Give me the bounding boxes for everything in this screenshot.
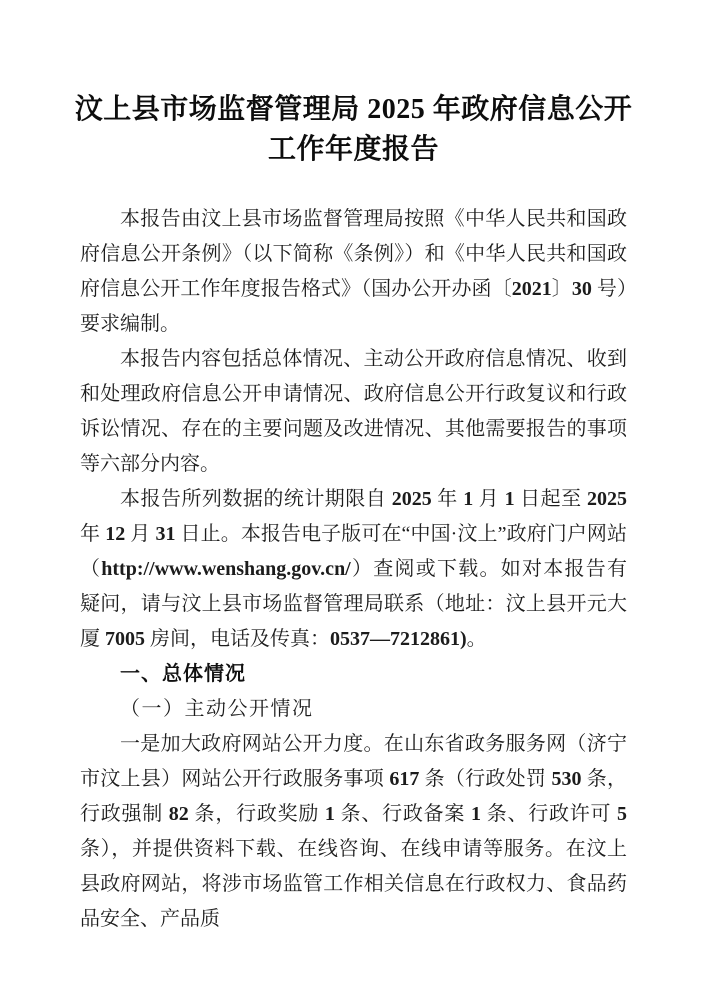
- document-title: 汶上县市场监督管理局 2025 年政府信息公开 工作年度报告: [0, 0, 707, 170]
- heading1: 一、总体情况: [80, 657, 627, 692]
- paragraph: 本报告内容包括总体情况、主动公开政府信息情况、收到和处理政府信息公开申请情况、政…: [80, 342, 627, 482]
- paragraph: 一是加大政府网站公开力度。在山东省政务服务网（济宁市汶上县）网站公开行政服务事项…: [80, 727, 627, 937]
- document-page: 汶上县市场监督管理局 2025 年政府信息公开 工作年度报告 本报告由汶上县市场…: [0, 0, 707, 999]
- document-title-line-2: 工作年度报告: [0, 130, 707, 170]
- paragraph: 本报告所列数据的统计期限自 2025 年 1 月 1 日起至 2025 年 12…: [80, 482, 627, 657]
- heading2: （一）主动公开情况: [80, 692, 627, 727]
- document-title-line-1: 汶上县市场监督管理局 2025 年政府信息公开: [0, 90, 707, 130]
- document-body: 本报告由汶上县市场监督管理局按照《中华人民共和国政府信息公开条例》（以下简称《条…: [80, 202, 627, 937]
- paragraph: 本报告由汶上县市场监督管理局按照《中华人民共和国政府信息公开条例》（以下简称《条…: [80, 202, 627, 342]
